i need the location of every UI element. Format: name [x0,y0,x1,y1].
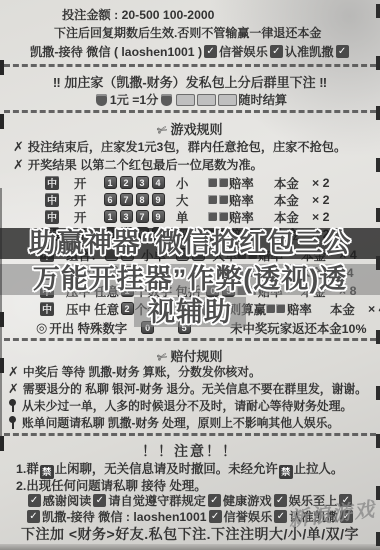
coin-icon [208,195,217,204]
overlay-ad-text: 助赢神器“微信抢红包三公 万能开挂器”作弊(透视)透 视辅助 [0,228,380,327]
overlay-line: 万能开挂器”作弊(透视)透 [0,264,380,295]
check-icon: ✓ [204,45,217,58]
number-tiles: 1 3 7 9 [102,210,168,223]
pin-icon: ✗ [8,364,19,380]
coin-icon [219,178,228,187]
keycap-digit: 9 [152,210,165,223]
open-label: 开 [74,174,100,192]
dashed-divider [4,433,376,436]
game-rule-item: ✗ 投注结束后，庄家发1元3包，群内任意抢包，庄家不抢包。 [0,138,380,155]
keycap-digit: 6 [104,193,117,206]
check-icon: ✓ [209,510,222,523]
dashed-divider [4,64,376,67]
keycap-digit: 7 [120,193,133,206]
badge-label: 认准凯撒 [285,43,334,60]
bet-name: 单 [176,208,208,226]
validity-line: 下注后回复期数后生效.否则不管输赢一律退还本金 [0,24,380,41]
check-icon: ✓ [270,45,283,58]
bet-amount-line: 投注金额 : 20-500 100-2000 [0,6,380,23]
dashed-divider [4,338,376,341]
pin-icon: ✗ [13,157,24,173]
pushpin-icon [8,399,18,413]
bet-row: 中 开 6 7 8 9 大 赔率 本金 × 2 [0,191,380,208]
coin-icon [219,212,228,221]
overlay-line: 助赢神器“微信抢红包三公 [0,228,380,259]
keycap-digit: 1 [104,210,117,223]
scan-artifact [0,188,2,450]
keycap-digit: 7 [136,210,149,223]
money-bag-icon [161,94,172,106]
payout-rule-item: 账单问题请私聊 凯撒-财务 处理，原则上不影响其他人娱乐。 [0,414,380,431]
odds-group: 赔率 [208,191,274,209]
redacted-box [197,94,216,106]
bet-name: 小 [176,174,208,192]
zhong-tile-icon: 中 [45,193,59,207]
check-icon: ✓ [208,494,221,507]
rate-text: 随时结算 [238,91,287,108]
bird-icon: ✄ [156,122,170,138]
keycap-digit: 2 [120,176,133,189]
bet-row: 中 开 1 2 3 4 小 赔率 本金 × 2 [0,174,380,191]
multiplier: × 2 [312,193,352,207]
odds-group: 赔率 [208,174,274,192]
dashed-divider [4,110,376,113]
keycap-digit: 1 [104,176,117,189]
banker-join-line: ‼ 加庄家（凯撒-财务）发私包上分后群里下注 ‼ [0,72,380,91]
pushpin-icon [8,416,18,430]
rate-line: 1元 =1分 随时结算 [0,91,380,108]
base-label: 本金 [274,174,312,192]
payout-rule-item: ✗ 中奖后 等待 凯撒-财务 算账，分数发你核对。 [0,363,380,380]
scan-artifact [0,60,4,75]
game-rules-title: ✄游戏规则 [0,119,380,138]
scan-artifact [376,4,380,18]
keycap-digit: 3 [136,176,149,189]
coin-icon [208,212,217,221]
bet-name: 大 [176,191,208,209]
payout-rule-item: ✗ 需要退分的 私聊 银河-财务 退分。无关信息不要在群里发，谢谢。 [0,380,380,397]
redacted-box [218,94,237,106]
zhong-tile-icon: 中 [45,176,59,190]
odds-group: 赔率 [208,208,274,226]
notice-title: ！！注意！！ [0,441,380,461]
game-rule-item: ✗ 开奖结果 以第二个红包最后一位尾数为准。 [0,156,380,173]
contact-line: 凯撒-接待 微信 ( laoshen1001 ) ✓ 信誉娱乐 ✓ 认准凯撒 ✓ [0,43,380,60]
check-icon: ✓ [274,510,287,523]
money-bag-icon [96,94,107,106]
zhong-tile-icon: 中 [45,210,59,224]
coin-icon [208,178,217,187]
number-tiles: 6 7 8 9 [102,193,168,206]
keycap-digit: 3 [120,210,133,223]
contact-text: 凯撒-接待 微信 ( laoshen1001 ) [30,43,202,60]
badge-label: 信誉娱乐 [219,43,268,60]
pin-icon: ✗ [8,381,19,397]
overlay-line: 视辅助 [134,297,246,327]
check-icon: ✓ [27,510,40,523]
payout-rule-item: 从未少过一单，人多的时候退分不及时，请耐心等待财务处理。 [0,397,380,414]
keycap-digit: 8 [136,193,149,206]
pin-icon: ✗ [13,139,24,155]
coin-icon [219,195,228,204]
scan-artifact [0,544,380,550]
multiplier: × 2 [312,210,352,224]
multiplier: × 2 [312,176,352,190]
number-tiles: 1 2 3 4 [102,176,168,189]
check-icon: ✓ [336,45,349,58]
keycap-digit: 9 [152,193,165,206]
check-icon: ✓ [93,494,106,507]
bet-row: 中 开 1 3 7 9 单 赔率 本金 × 2 [0,208,380,225]
check-icon: ✓ [274,494,287,507]
scanned-flyer-page: 投注金额 : 20-500 100-2000 下注后回复期数后生效.否则不管输赢… [0,0,380,550]
redacted-box [176,94,195,106]
keycap-digit: 4 [152,176,165,189]
check-icon: ✓ [28,494,41,507]
rate-text: 1元 =1分 [110,91,158,108]
